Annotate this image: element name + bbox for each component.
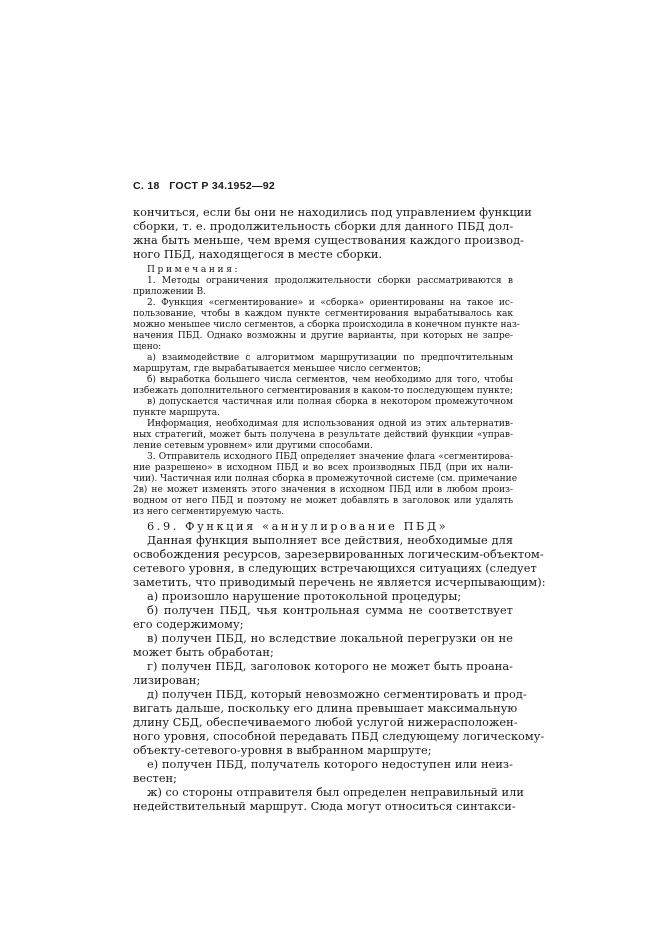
text-line: начения ПБД. Однако возможны и другие ва… bbox=[133, 331, 513, 342]
text-line: Данная функция выполняет все действия, н… bbox=[147, 534, 513, 548]
text-line: ного ПБД, находящегося в месте сборки. bbox=[133, 248, 513, 262]
text-line: г) получен ПБД, заголовок которого не мо… bbox=[147, 660, 513, 674]
text-line: а) произошло нарушение протокольной проц… bbox=[147, 590, 513, 604]
text-line: в) получен ПБД, но вследствие локальной … bbox=[147, 632, 513, 646]
text-line: ление сетевым уровнем» или другими спосо… bbox=[133, 441, 513, 452]
text-line: его содержимому; bbox=[133, 618, 513, 632]
text-line: водном от него ПБД и поэтому не может до… bbox=[133, 496, 513, 507]
text-line: е) получен ПБД, получатель которого недо… bbox=[147, 758, 513, 772]
text-line: вестен; bbox=[133, 772, 513, 786]
text-line: б) получен ПБД, чья контрольная сумма не… bbox=[147, 604, 513, 618]
text-line: может быть обработан; bbox=[133, 646, 513, 660]
text-line: кончиться, если бы они не находились под… bbox=[133, 206, 513, 220]
text-line: 6.9. Функция «аннулирование ПБД» bbox=[147, 520, 513, 534]
page-number: С. 18 bbox=[133, 180, 160, 192]
text-line: а) взаимодействие с алгоритмом маршрутиз… bbox=[147, 353, 513, 364]
text-line: можно меньшее число сегментов, а сборка … bbox=[133, 320, 513, 331]
text-line: 2в) не может изменять этого значения в и… bbox=[133, 485, 513, 496]
text-line: освобождения ресурсов, зарезервированных… bbox=[133, 548, 513, 562]
text-line: сборки, т. е. продолжительность сборки д… bbox=[133, 220, 513, 234]
text-line: приложении В. bbox=[133, 287, 513, 298]
text-line: 1. Методы ограничения продолжительности … bbox=[147, 276, 513, 287]
text-line: ние разрешено» в исходном ПБД и во всех … bbox=[133, 463, 513, 474]
text-line: Примечания: bbox=[147, 265, 513, 276]
text-line: ного уровня, способной передавать ПБД сл… bbox=[133, 730, 513, 744]
text-line: вигать дальше, поскольку его длина превы… bbox=[133, 702, 513, 716]
text-line: длину СБД, обеспечиваемого любой услугой… bbox=[133, 716, 513, 730]
page-header: С. 18 ГОСТ Р 34.1952—92 bbox=[133, 180, 275, 192]
text-line: пункте маршрута. bbox=[133, 408, 513, 419]
text-line: д) получен ПБД, который невозможно сегме… bbox=[147, 688, 513, 702]
text-line: избежать дополнительного сегментирования… bbox=[133, 386, 513, 397]
text-line: ж) со стороны отправителя был определен … bbox=[147, 786, 513, 800]
text-line: маршрутам, где вырабатывается меньшее чи… bbox=[133, 364, 513, 375]
standard-id: ГОСТ Р 34.1952—92 bbox=[169, 180, 275, 192]
text-line: сетевого уровня, в следующих встречающих… bbox=[133, 562, 513, 576]
text-line: б) выработка большего числа сегментов, ч… bbox=[147, 375, 513, 386]
text-line: ных стратегий, может быть получена в рез… bbox=[133, 430, 513, 441]
text-line: 2. Функция «сегментирование» и «сборка» … bbox=[147, 298, 513, 309]
text-line: объекту-сетевого-уровня в выбранном марш… bbox=[133, 744, 513, 758]
text-line: в) допускается частичная или полная сбор… bbox=[147, 397, 513, 408]
text-line: чии). Частичная или полная сборка в пром… bbox=[133, 474, 513, 485]
text-line: пользование, чтобы в каждом пункте сегме… bbox=[133, 309, 513, 320]
text-line: из него сегментируемую часть. bbox=[133, 507, 513, 518]
text-line: Информация, необходимая для использовани… bbox=[147, 419, 513, 430]
text-line: лизирован; bbox=[133, 674, 513, 688]
text-line: недействительный маршрут. Сюда могут отн… bbox=[133, 800, 513, 814]
text-line: щено: bbox=[133, 342, 513, 353]
text-line: 3. Отправитель исходного ПБД определяет … bbox=[147, 452, 513, 463]
text-line: жна быть меньше, чем время существования… bbox=[133, 234, 513, 248]
text-line: заметить, что приводимый перечень не явл… bbox=[133, 576, 513, 590]
